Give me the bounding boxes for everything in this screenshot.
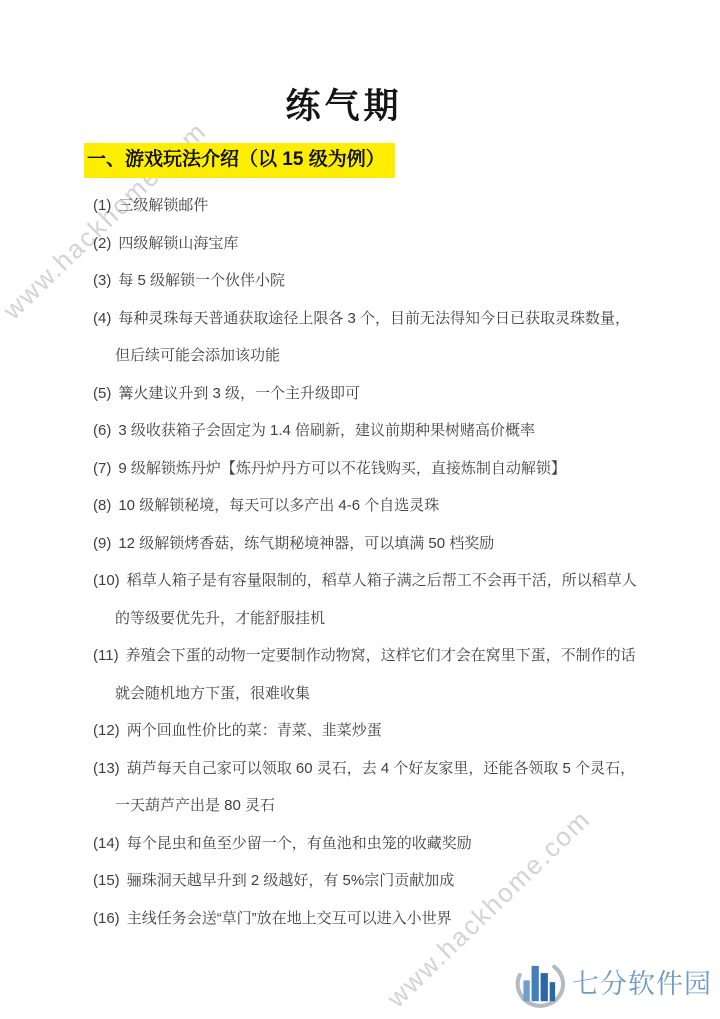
list-item: (3)每 5 级解锁一个伙伴小院	[93, 262, 645, 300]
list-item: (8)10 级解锁秘境，每天可以多产出 4-6 个自选灵珠	[93, 487, 645, 525]
item-text: 每种灵珠每天普通获取途径上限各 3 个，目前无法得知今日已获取灵珠数量，但后续可…	[115, 310, 630, 365]
item-text: 两个回血性价比的菜：青菜、韭菜炒蛋	[127, 722, 382, 739]
list-item: (11)养殖会下蛋的动物一定要制作动物窝，这样它们才会在窝里下蛋，不制作的话就会…	[93, 637, 645, 712]
item-text: 养殖会下蛋的动物一定要制作动物窝，这样它们才会在窝里下蛋，不制作的话就会随机地方…	[115, 647, 636, 702]
list-item: (12)两个回血性价比的菜：青菜、韭菜炒蛋	[93, 712, 645, 750]
item-marker: (12)	[93, 722, 120, 739]
item-text: 稻草人箱子是有容量限制的，稻草人箱子满之后帮工不会再干活，所以稻草人的等级要优先…	[115, 572, 637, 627]
list-item: (16)主线任务会送“草门”放在地上交互可以进入小世界	[93, 900, 645, 938]
list-item: (1)三级解锁邮件	[93, 187, 645, 225]
list-item: (7)9 级解锁炼丹炉【炼丹炉丹方可以不花钱购买，直接炼制自动解锁】	[93, 450, 645, 488]
item-marker: (11)	[93, 647, 119, 664]
item-text: 三级解锁邮件	[118, 197, 208, 214]
footer-brand-logo: 七分软件园	[508, 955, 712, 1013]
document-content: 练气期 一、游戏玩法介绍（以 15 级为例） (1)三级解锁邮件 (2)四级解锁…	[0, 0, 720, 937]
section-heading-highlight: 一、游戏玩法介绍（以 15 级为例）	[84, 143, 395, 178]
page-title: 练气期	[0, 0, 688, 130]
item-marker: (10)	[93, 572, 120, 589]
item-marker: (4)	[93, 310, 111, 327]
item-marker: (14)	[93, 835, 120, 852]
item-marker: (2)	[93, 235, 111, 252]
list-item: (5)篝火建议升到 3 级，一个主升级即可	[93, 375, 645, 413]
item-marker: (16)	[93, 910, 120, 927]
item-text: 葫芦每天自己家可以领取 60 灵石，去 4 个好友家里，还能各领取 5 个灵石，…	[115, 760, 635, 815]
item-marker: (7)	[93, 460, 111, 477]
item-text: 每 5 级解锁一个伙伴小院	[118, 272, 285, 289]
item-text: 骊珠洞天越早升到 2 级越好，有 5%宗门贡献加成	[127, 872, 455, 889]
item-text: 每个昆虫和鱼至少留一个，有鱼池和虫笼的收藏奖励	[127, 835, 472, 852]
item-marker: (1)	[93, 197, 111, 214]
item-marker: (5)	[93, 385, 111, 402]
item-text: 12 级解锁烤香菇，练气期秘境神器，可以填满 50 档奖励	[118, 535, 494, 552]
list-item: (10)稻草人箱子是有容量限制的，稻草人箱子满之后帮工不会再干活，所以稻草人的等…	[93, 562, 645, 637]
brand-name: 七分软件园	[572, 955, 712, 1013]
item-marker: (8)	[93, 497, 111, 514]
list-item: (13)葫芦每天自己家可以领取 60 灵石，去 4 个好友家里，还能各领取 5 …	[93, 750, 645, 825]
item-marker: (3)	[93, 272, 111, 289]
item-text: 10 级解锁秘境，每天可以多产出 4-6 个自选灵珠	[118, 497, 439, 514]
item-text: 四级解锁山海宝库	[118, 235, 238, 252]
item-text: 3 级收获箱子会固定为 1.4 倍刷新，建议前期种果树赌高价概率	[118, 422, 535, 439]
list-item: (15)骊珠洞天越早升到 2 级越好，有 5%宗门贡献加成	[93, 862, 645, 900]
item-text: 9 级解锁炼丹炉【炼丹炉丹方可以不花钱购买，直接炼制自动解锁】	[118, 460, 566, 477]
item-marker: (9)	[93, 535, 111, 552]
item-text: 主线任务会送“草门”放在地上交互可以进入小世界	[127, 910, 452, 927]
item-text: 篝火建议升到 3 级，一个主升级即可	[118, 385, 360, 402]
list-item: (14)每个昆虫和鱼至少留一个，有鱼池和虫笼的收藏奖励	[93, 825, 645, 863]
building-bars-swoosh-icon	[508, 955, 566, 1013]
item-list: (1)三级解锁邮件 (2)四级解锁山海宝库 (3)每 5 级解锁一个伙伴小院 (…	[93, 187, 645, 937]
list-item: (6)3 级收获箱子会固定为 1.4 倍刷新，建议前期种果树赌高价概率	[93, 412, 645, 450]
item-marker: (13)	[93, 760, 120, 777]
item-marker: (15)	[93, 872, 120, 889]
list-item: (2)四级解锁山海宝库	[93, 225, 645, 263]
document-page: { "document": { "title": "练气期", "section…	[0, 0, 720, 1019]
list-item: (4)每种灵珠每天普通获取途径上限各 3 个，目前无法得知今日已获取灵珠数量，但…	[93, 300, 645, 375]
list-item: (9)12 级解锁烤香菇，练气期秘境神器，可以填满 50 档奖励	[93, 525, 645, 563]
item-marker: (6)	[93, 422, 111, 439]
